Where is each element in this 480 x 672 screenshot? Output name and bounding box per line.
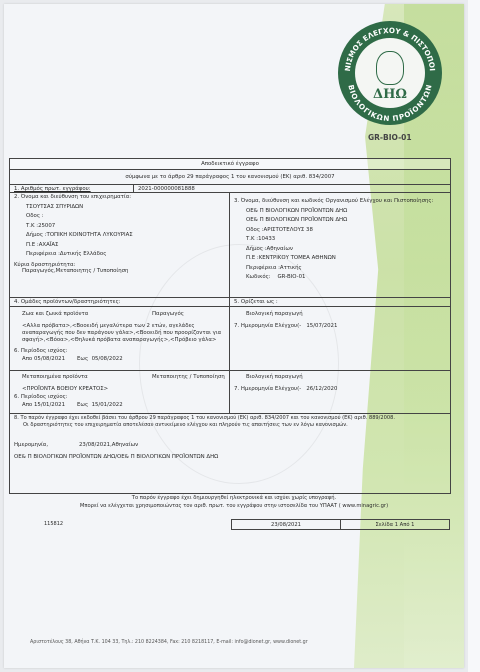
field-3-block: 3. Όνομα, διεύθυνση και κωδικός Οργανισμ… xyxy=(230,193,450,297)
document-subtitle: σύμφωνα με το άρθρο 29 παράγραφος 1 του … xyxy=(9,169,451,185)
issue-date-line: Ημερομηνία, 23/08/2021,Αθηναίων xyxy=(14,442,446,449)
certifier-municipality: Δήμος :Αθηναίων xyxy=(234,245,446,255)
group-1-left: Ζωα και ζωικά προϊόντα Παραγωγός <Αλλα π… xyxy=(10,307,230,370)
operator-municipality: Δήμος :ΤΟΠΙΚΗ ΚΟΙΝΟΤΗΤΑ ΛΥΚΟΥΡΙΑΣ xyxy=(14,231,225,241)
group-2-defined-as: Βιολογική παραγωγή xyxy=(234,373,446,383)
certifier-regional-unit: Π.Ε :ΚΕΝΤΡΙΚΟΥ ΤΟΜΕΑ ΑΘΗΝΩΝ xyxy=(234,254,446,264)
field-2-block: 2. Όνομα και διεύθυνση του επιχειρηματία… xyxy=(10,193,230,297)
certificate-form: Αποδεικτικό έγγραφο σύμφωνα με το άρθρο … xyxy=(9,158,451,494)
group-row-2: Μεταποιημένα προϊόντα Μεταποιητης / Τυπο… xyxy=(9,371,451,414)
group-2-right: Βιολογική παραγωγή 7. Ημερομηνία Ελέγχου… xyxy=(230,371,450,413)
document-title: Αποδεικτικό έγγραφο xyxy=(9,158,451,169)
group-2-validity-label: 6. Περίοδος ισχύος: xyxy=(14,394,225,401)
group-1-validity: Απο 05/08/2021 Εως 05/08/2022 xyxy=(14,356,225,363)
group-row-1: Ζωα και ζωικά προϊόντα Παραγωγός <Αλλα π… xyxy=(9,307,451,371)
certifier-code: GR-BIO-01 xyxy=(368,133,412,142)
issue-date: 23/08/2021,Αθηναίων xyxy=(79,442,138,449)
field-1-value: 2021-000000081888 xyxy=(134,185,450,192)
operator-name: ΤΣΟΥΤΣΑΣ ΣΠΥΡΙΔΩΝ xyxy=(14,203,225,213)
fields-2-3-row: 2. Όνομα και διεύθυνση του επιχειρηματία… xyxy=(9,193,451,298)
field-1-row: 1. Αριθμός πρωτ. εγγράφου: 2021-00000008… xyxy=(9,185,451,193)
group-2-inspection: 7. Ημερομηνία Ελέγχου(- 26/12/2020 xyxy=(234,385,446,395)
field-8-compliance: Οι δραστηριότητες του επιχειρηματία αποτ… xyxy=(14,422,446,429)
operator-street: Οδος : xyxy=(14,212,225,222)
group-2-role: Μεταποιητης / Τυποποίηση xyxy=(152,373,225,383)
group-2-products: <ΠΡΟΪΟΝΤΑ ΒΟΕΙΟΥ ΚΡΕΑΤΟΣ> xyxy=(14,385,225,395)
certifier-code-line: Κωδικός: GR-BIO-01 xyxy=(234,273,446,283)
footer-table: 23/08/2021 Σελίδα 1 Από 1 xyxy=(231,519,450,530)
operator-regional-unit: Π.Ε :ΑΧΑΪΑΣ xyxy=(14,241,225,251)
group-1-products: <Αλλα πρόβατα>,<Βοοειδή μεγαλύτερα των 2… xyxy=(14,323,225,344)
fields-4-5-header: 4. Ομάδες προϊόντων/δραστηριότητες: 5. Ο… xyxy=(9,298,451,307)
field-1-label: 1. Αριθμός πρωτ. εγγράφου: xyxy=(10,185,134,192)
certificate-page: ΟΡΓΑΝΙΣΜΟΣ ΕΛΕΓΧΟΥ & ΠΙΣΤΟΠΟΙΗΣΗΣ ΒΙΟΛΟΓ… xyxy=(4,4,464,668)
footer-date: 23/08/2021 xyxy=(232,520,340,529)
group-1-validity-label: 6. Περίοδος ισχύος: xyxy=(14,347,225,357)
page-indicator: Σελίδα 1 Από 1 xyxy=(340,520,449,529)
field-8-block: 8. Το παρόν έγγραφο έχει εκδοθεί βάσει τ… xyxy=(9,414,451,494)
footer-address: Αριστοτέλους 38, Αθήνα Τ.Κ. 104 33, Τηλ.… xyxy=(30,640,308,645)
certifier-name-2: ΟΕ& Π ΒΙΟΛΟΓΙΚΩΝ ΠΡΟΪΟΝΤΩΝ ΔΗΩ xyxy=(234,216,446,226)
group-2-left: Μεταποιημένα προϊόντα Μεταποιητης / Τυπο… xyxy=(10,371,230,413)
reference-number: 115812 xyxy=(44,521,63,527)
field-4-label: 4. Ομάδες προϊόντων/δραστηριότητες: xyxy=(10,298,230,306)
field-2-label: 2. Όνομα και διεύθυνση του επιχειρηματία… xyxy=(14,193,225,203)
verification-note: Μπορεί να ελέγχεται χρησιμοποιώντας τον … xyxy=(4,503,464,509)
operator-region: Περιφέρεια :Δυτικής Ελλάδος xyxy=(14,250,225,260)
electronic-note: Το παρόν έγγραφο έχει δημιουργηθεί ηλεκτ… xyxy=(4,495,464,501)
certifier-region: Περιφέρεια :Αττικής xyxy=(234,264,446,274)
certifier-postcode: Τ.Κ :10433 xyxy=(234,235,446,245)
field-3-label: 3. Όνομα, διεύθυνση και κωδικός Οργανισμ… xyxy=(234,197,446,207)
dio-logo: ΟΡΓΑΝΙΣΜΟΣ ΕΛΕΓΧΟΥ & ΠΙΣΤΟΠΟΙΗΣΗΣ ΒΙΟΛΟΓ… xyxy=(338,21,442,125)
group-1-category: Ζωα και ζωικά προϊόντα xyxy=(22,310,152,320)
field-8-statement: 8. Το παρόν έγγραφο έχει εκδοθεί βάσει τ… xyxy=(14,415,446,422)
logo-ring-icon: ΟΡΓΑΝΙΣΜΟΣ ΕΛΕΓΧΟΥ & ΠΙΣΤΟΠΟΙΗΣΗΣ ΒΙΟΛΟΓ… xyxy=(338,21,442,125)
group-2-category: Μεταποιημένα προϊόντα xyxy=(22,373,152,383)
operator-postcode: Τ.Κ :25007 xyxy=(14,222,225,232)
certifier-street: Οδος :ΑΡΙΣΤΟΤΕΛΟΥΣ 38 xyxy=(234,226,446,236)
svg-text:ΟΡΓΑΝΙΣΜΟΣ ΕΛΕΓΧΟΥ & ΠΙΣΤΟΠΟΙΗ: ΟΡΓΑΝΙΣΜΟΣ ΕΛΕΓΧΟΥ & ΠΙΣΤΟΠΟΙΗΣΗΣ xyxy=(338,21,437,72)
group-1-role: Παραγωγός xyxy=(152,310,184,320)
page-edge xyxy=(468,0,480,672)
field-5-label: 5. Ορίζεται ως : xyxy=(230,298,450,306)
issuer: ΟΕ& Π ΒΙΟΛΟΓΙΚΩΝ ΠΡΟΪΟΝΤΩΝ ΔΗΩ/ΟΕ& Π ΒΙΟ… xyxy=(14,454,446,461)
certifier-name-1: ΟΕ& Π ΒΙΟΛΟΓΙΚΩΝ ΠΡΟΪΟΝΤΩΝ ΔΗΩ xyxy=(234,207,446,217)
main-activity-value: Παραγωγός,Μεταποιητης / Τυποποίηση xyxy=(14,268,225,274)
svg-text:ΒΙΟΛΟΓΙΚΩΝ ΠΡΟΪΟΝΤΩΝ: ΒΙΟΛΟΓΙΚΩΝ ΠΡΟΪΟΝΤΩΝ xyxy=(346,84,433,123)
group-1-inspection: 7. Ημερομηνία Ελέγχου(- 15/07/2021 xyxy=(234,322,446,332)
group-2-validity: Απο 15/01/2021 Εως 15/01/2022 xyxy=(14,401,225,409)
group-1-defined-as: Βιολογική παραγωγή xyxy=(234,310,446,320)
group-1-right: Βιολογική παραγωγή 7. Ημερομηνία Ελέγχου… xyxy=(230,307,450,370)
